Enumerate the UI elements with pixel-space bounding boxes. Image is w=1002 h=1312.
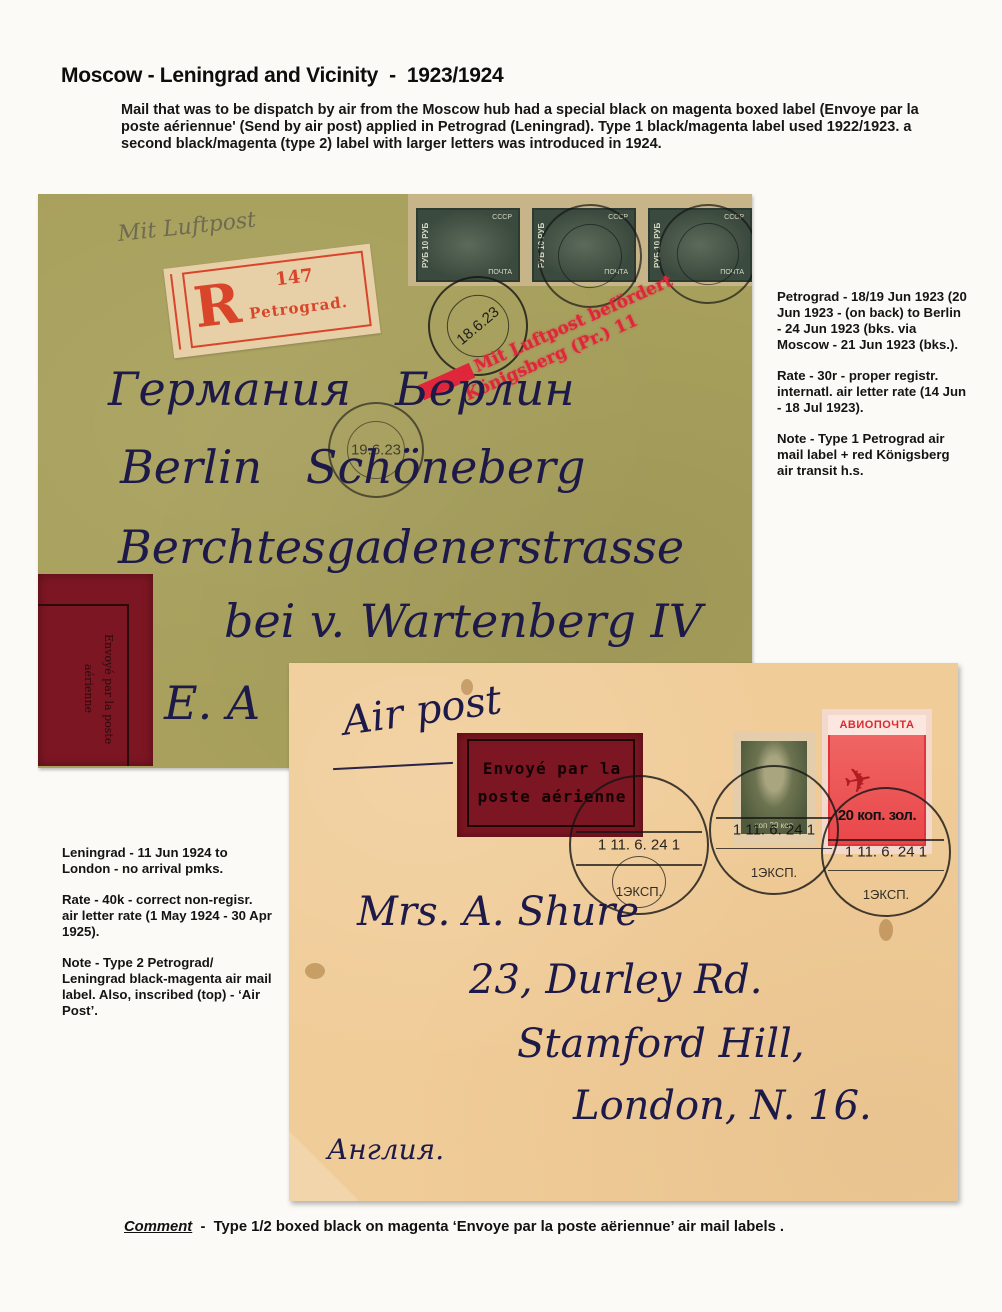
postmark-date: 1 11. 6. 24 1	[823, 844, 949, 861]
address-line: London, N. 16.	[573, 1083, 872, 1129]
stamp-top-text: СССР	[492, 214, 512, 221]
stamp-bottom-text: ПОЧТА	[488, 269, 512, 276]
airmail-label-text: Envoyé par la poste aérienne	[58, 624, 118, 754]
address-line: 23, Durley Rd.	[469, 957, 763, 1003]
pencil-note: Mit Luftpost	[117, 208, 257, 247]
address-line: bei v. Wartenberg IV	[224, 594, 702, 648]
stamp-header: АВИОПОЧТА	[828, 715, 926, 735]
comment-text: - Type 1/2 boxed black on magenta ‘Envoy…	[192, 1219, 784, 1235]
cover-leningrad-london: Air post Envoyé par la poste aérienne ко…	[289, 663, 958, 1201]
postmark-line	[828, 870, 944, 872]
address-line: Англия.	[327, 1133, 444, 1166]
postmark-date: 1 11. 6. 24 1	[571, 837, 707, 854]
postmark-line	[716, 848, 832, 850]
postmark: 1 11. 6. 24 1 1ЭКСП.	[821, 787, 951, 917]
registration-label: R 147 Petrograd.	[163, 244, 380, 359]
postmark-line	[576, 864, 701, 866]
note-label: Note - Type 1 Petrograd air mail label +…	[777, 431, 967, 479]
address-line: Германия Берлин	[108, 362, 575, 416]
note-rate: Rate - 30r - proper registr. internatl. …	[777, 368, 967, 416]
intro-paragraph: Mail that was to be dispatch by air from…	[121, 102, 921, 153]
cover2-notes: Leningrad - 11 Jun 1924 to London - no a…	[62, 845, 272, 1034]
stamp: РУБ 10 РУБ СССР ПОЧТА	[416, 208, 520, 282]
postmark-line	[828, 839, 944, 841]
stamp-value: РУБ 10 РУБ	[421, 216, 433, 274]
note-route: Petrograd - 18/19 Jun 1923 (20 Jun 1923 …	[777, 289, 967, 353]
postmark-date: 1 11. 6. 24 1	[711, 822, 837, 839]
address-line: Berlin Schöneberg	[120, 440, 585, 494]
postmark-line	[716, 817, 832, 819]
underline	[333, 762, 453, 770]
airmail-label-type1: Envoyé par la poste aérienne	[38, 574, 153, 766]
note-label: Note - Type 2 Petrograd/ Leningrad black…	[62, 955, 272, 1019]
comment-line: Comment - Type 1/2 boxed black on magent…	[124, 1219, 784, 1235]
note-rate: Rate - 40k - correct non-regisr. air let…	[62, 892, 272, 940]
stain	[305, 963, 325, 979]
postmark-ring	[546, 212, 633, 299]
address-line: Stamford Hill,	[517, 1021, 805, 1067]
postmark: 1 11. 6. 24 1 1ЭКСП.	[709, 765, 839, 895]
postmark-sub: 1ЭКСП.	[711, 865, 837, 880]
stain	[879, 919, 893, 941]
postmark-sub: 1ЭКСП.	[823, 887, 949, 902]
address-line: Mrs. A. Shure	[357, 889, 639, 935]
label-rule	[170, 274, 181, 350]
address-line: Berchtesgadenerstrasse	[118, 520, 684, 574]
cover1-notes: Petrograd - 18/19 Jun 1923 (20 Jun 1923 …	[777, 289, 967, 494]
address-line: E. A	[164, 676, 260, 730]
registration-letter: R	[190, 270, 244, 341]
comment-lead: Comment	[124, 1219, 192, 1235]
note-route: Leningrad - 11 Jun 1924 to London - no a…	[62, 845, 272, 877]
label-rule	[38, 604, 129, 606]
postmark-line	[576, 831, 701, 833]
label-rule	[127, 604, 129, 766]
page-title: Moscow - Leningrad and Vicinity - 1923/1…	[61, 64, 503, 88]
